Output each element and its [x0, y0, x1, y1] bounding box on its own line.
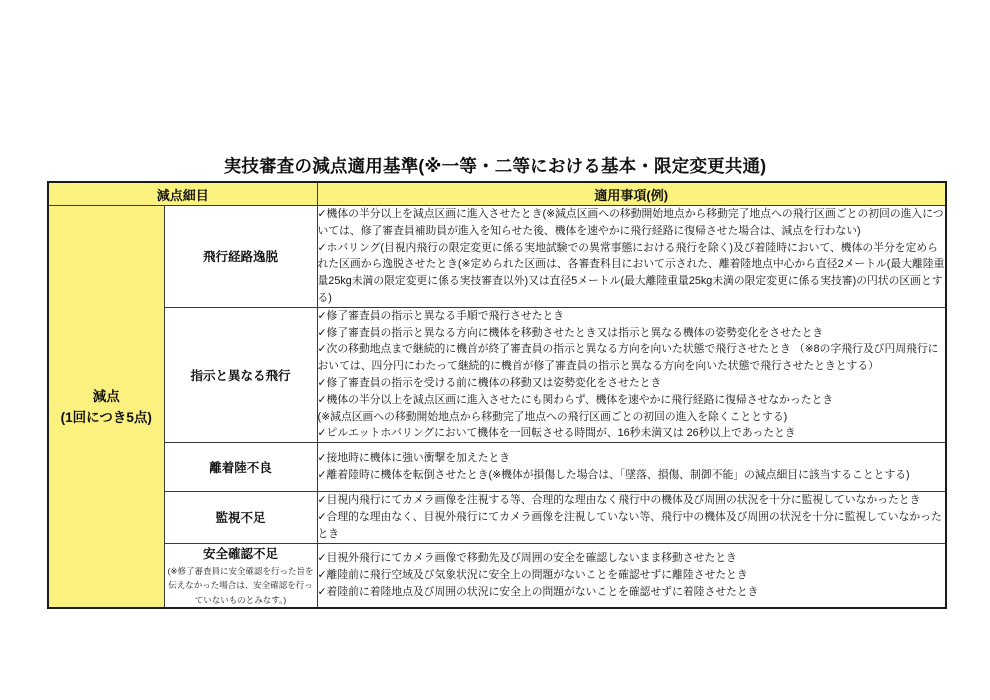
criteria-item: ✓接地時に機体に強い衝撃を加えたとき: [318, 450, 946, 467]
criteria-item: ✓離陸前に飛行空域及び気象状況に安全上の問題がないことを確認せずに離陸させたとき: [318, 567, 946, 584]
criteria-item: ✓目視内飛行にてカメラ画像を注視する等、合理的な理由なく飛行中の機体及び周囲の状…: [318, 492, 946, 509]
table-header-row: 減点細目 適用事項(例): [48, 182, 946, 206]
criteria-item: ✓修了審査員の指示を受ける前に機体の移動又は姿勢変化をさせたとき: [318, 375, 946, 392]
deduction-points-cell: 減点 (1回につき5点): [48, 206, 164, 609]
criteria-items-cell: ✓機体の半分以上を減点区画に進入させたとき(※減点区画への移動開始地点から移動完…: [317, 206, 946, 308]
table-row: 監視不足 ✓目視内飛行にてカメラ画像を注視する等、合理的な理由なく飛行中の機体及…: [48, 492, 946, 543]
criteria-item: ✓ホバリング(目視内飛行の限定変更に係る実地試験での異常事態における飛行を除く)…: [318, 240, 946, 307]
category-flight-route-deviation: 飛行経路逸脱: [164, 206, 317, 308]
category-note: (※修了審査員に安全確認を行った旨を伝えなかった場合は、安全確認を行っていないも…: [165, 564, 317, 608]
criteria-item: ✓機体の半分以上を減点区画に進入させたにも関わらず、機体を速やかに飛行経路に復帰…: [318, 392, 946, 409]
criteria-item: ✓ピルエットホバリングにおいて機体を一回転させる時間が、16秒未満又は 26秒以…: [318, 425, 946, 442]
header-cell-applicable-examples: 適用事項(例): [317, 182, 946, 206]
criteria-item: ✓修了審査員の指示と異なる手順で飛行させたとき: [318, 308, 946, 325]
criteria-item: (※減点区画への移動開始地点から移動完了地点への飛行区画ごとの初回の進入を除くこ…: [318, 409, 946, 426]
table-row: 離着陸不良 ✓接地時に機体に強い衝撃を加えたとき ✓離着陸時に機体を転倒させたと…: [48, 443, 946, 492]
criteria-items-cell: ✓修了審査員の指示と異なる手順で飛行させたとき ✓修了審査員の指示と異なる方向に…: [317, 307, 946, 442]
category-insufficient-safety-check: 安全確認不足 (※修了審査員に安全確認を行った旨を伝えなかった場合は、安全確認を…: [164, 543, 317, 608]
criteria-item: ✓機体の半分以上を減点区画に進入させたとき(※減点区画への移動開始地点から移動完…: [318, 206, 946, 240]
criteria-items-cell: ✓目視外飛行にてカメラ画像で移動先及び周囲の安全を確認しないまま移動させたとき …: [317, 543, 946, 608]
criteria-items-cell: ✓目視内飛行にてカメラ画像を注視する等、合理的な理由なく飛行中の機体及び周囲の状…: [317, 492, 946, 543]
criteria-item: ✓離着陸時に機体を転倒させたとき(※機体が損傷した場合は、「墜落、損傷、制御不能…: [318, 467, 946, 484]
deduction-sublabel: (1回につき5点): [49, 407, 164, 428]
criteria-items-cell: ✓接地時に機体に強い衝撃を加えたとき ✓離着陸時に機体を転倒させたとき(※機体が…: [317, 443, 946, 492]
deduction-label: 減点: [49, 386, 164, 407]
criteria-item: ✓目視外飛行にてカメラ画像で移動先及び周囲の安全を確認しないまま移動させたとき: [318, 550, 946, 567]
criteria-item: ✓次の移動地点まで継続的に機首が終了審査員の指示と異なる方向を向いた状態で飛行さ…: [318, 341, 946, 375]
category-insufficient-monitoring: 監視不足: [164, 492, 317, 543]
criteria-item: ✓着陸前に着陸地点及び周囲の状況に安全上の問題がないことを確認せずに着陸させたと…: [318, 584, 946, 601]
table-row: 安全確認不足 (※修了審査員に安全確認を行った旨を伝えなかった場合は、安全確認を…: [48, 543, 946, 608]
table-row: 減点 (1回につき5点) 飛行経路逸脱 ✓機体の半分以上を減点区画に進入させたと…: [48, 206, 946, 308]
category-label: 安全確認不足: [165, 544, 317, 562]
header-cell-deduction-detail: 減点細目: [48, 182, 317, 206]
criteria-item: ✓修了審査員の指示と異なる方向に機体を移動させたとき又は指示と異なる機体の姿勢変…: [318, 325, 946, 342]
criteria-item: ✓合理的な理由なく、目視外飛行にてカメラ画像を注視していない等、飛行中の機体及び…: [318, 509, 946, 543]
deduction-criteria-table: 減点細目 適用事項(例) 減点 (1回につき5点) 飛行経路逸脱 ✓機体の半分以…: [47, 181, 947, 609]
category-takeoff-landing-failure: 離着陸不良: [164, 443, 317, 492]
document-page: 実技審査の減点適用基準(※一等・二等における基本・限定変更共通) 減点細目 適用…: [0, 0, 990, 700]
page-title: 実技審査の減点適用基準(※一等・二等における基本・限定変更共通): [0, 153, 990, 178]
category-flight-differing-from-instructions: 指示と異なる飛行: [164, 307, 317, 442]
table-row: 指示と異なる飛行 ✓修了審査員の指示と異なる手順で飛行させたとき ✓修了審査員の…: [48, 307, 946, 442]
